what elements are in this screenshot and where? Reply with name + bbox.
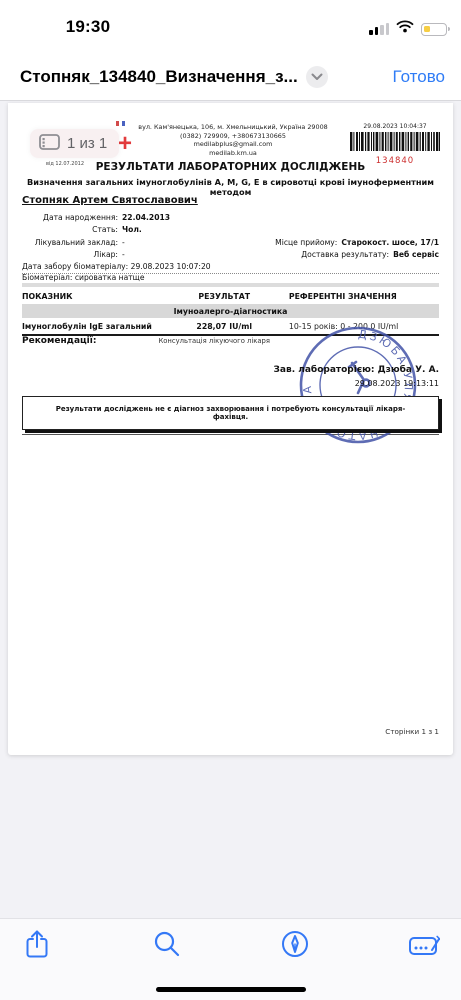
bottom-toolbar	[0, 918, 461, 1000]
share-icon	[24, 929, 50, 964]
barcode	[350, 136, 440, 155]
info-value: 22.04.2013	[122, 213, 170, 222]
separator-band	[22, 283, 439, 287]
disclaimer-box: Результати досліджень не є діагноз захво…	[22, 396, 439, 430]
biomaterial-line: Біоматеріал: сироватка натще	[22, 273, 439, 282]
patient-name: Стопняк Артем Святославович	[22, 195, 198, 206]
info-label: Лікар:	[22, 250, 118, 259]
info-value: Старокост. шосе, 17/1	[341, 238, 439, 247]
indicator-cell: Імуноглобулін IgE загальний	[22, 322, 160, 331]
home-indicator[interactable]	[156, 987, 306, 992]
table-section-row: Імуноалерго-діагностика	[22, 304, 439, 318]
info-row: Стать: Чол.	[22, 224, 439, 237]
battery-icon	[421, 23, 447, 36]
info-value: Веб сервіс	[393, 250, 439, 259]
recommendations-value: Консультація лікуючого лікаря	[158, 337, 269, 346]
logo-date: від 12.07.2012	[46, 161, 84, 167]
nav-bar: Стопняк_134840_Визначення_з... Готово	[0, 54, 461, 101]
signatory-line: Зав. лабораторією: Дзюба У. А.	[274, 365, 439, 375]
info-row: Лікувальний заклад: - Місце прийому: Ста…	[22, 236, 439, 249]
address-line: вул. Кам'янецька, 106, м. Хмельницький, …	[118, 123, 348, 132]
address-line: (0382) 729909, +380673130665	[118, 132, 348, 141]
recommendations-label: Рекомендації:	[22, 336, 96, 346]
info-value: -	[122, 238, 125, 247]
info-label: Місце прийому:	[275, 238, 337, 247]
chevron-down-icon	[311, 68, 323, 86]
done-button[interactable]: Готово	[393, 67, 446, 87]
signature-field-icon	[408, 930, 440, 963]
status-bar: 19:30	[0, 0, 461, 54]
recommendations: Рекомендації: Консультація лікуючого лік…	[22, 336, 270, 346]
signature-button[interactable]	[409, 931, 439, 961]
clock: 19:30	[58, 17, 118, 37]
table-header-row: ПОКАЗНИК РЕЗУЛЬТАТ РЕФЕРЕНТНІ ЗНАЧЕННЯ	[22, 289, 439, 304]
wifi-icon	[396, 20, 414, 38]
logo-fragments	[116, 121, 125, 126]
logo-plus-mark: +	[118, 130, 132, 158]
share-button[interactable]	[22, 931, 52, 961]
document-page[interactable]: 1 из 1 + від 12.07.2012 вул. Кам'янецька…	[8, 103, 453, 755]
info-label: Лікувальний заклад:	[22, 238, 118, 247]
address-line: medilabplus@gmail.com	[118, 140, 348, 149]
document-title: Стопняк_134840_Визначення_з...	[20, 67, 298, 87]
markup-button[interactable]	[280, 931, 310, 961]
page-indicator-label: 1 из 1	[67, 135, 107, 152]
markup-pen-icon	[281, 930, 309, 963]
address-line: medilab.km.ua	[118, 149, 348, 158]
info-value: Чол.	[122, 225, 142, 234]
signature-datetime: 29.08.2023 19:13:11	[355, 379, 439, 388]
search-icon	[153, 930, 180, 962]
report-subtitle: Визначення загальних імуноглобулінів A, …	[8, 177, 453, 197]
info-row: Лікар: - Доставка результату: Веб сервіс	[22, 249, 439, 262]
info-label: Доставка результату:	[301, 250, 389, 259]
result-cell: 228,07 IU/ml	[160, 322, 289, 331]
info-label: Дата народження:	[22, 213, 118, 222]
info-value: -	[122, 250, 125, 259]
info-label: Стать:	[22, 225, 118, 234]
col-header: РЕФЕРЕНТНІ ЗНАЧЕННЯ	[289, 292, 439, 301]
title-menu-button[interactable]	[306, 66, 328, 88]
patient-info: Дата народження: 22.04.2013 Стать: Чол. …	[22, 211, 439, 261]
cellular-signal-icon	[369, 23, 389, 35]
thumbnails-icon	[39, 134, 60, 154]
search-button[interactable]	[151, 931, 181, 961]
barcode-block: 29.08.2023 10:04:37 134840	[349, 123, 441, 166]
page-count-footer: Сторінки 1 з 1	[385, 727, 439, 736]
info-row: Дата народження: 22.04.2013	[22, 211, 439, 224]
lab-address-block: вул. Кам'янецька, 106, м. Хмельницький, …	[118, 123, 348, 157]
page-indicator-pill[interactable]: 1 из 1	[30, 129, 119, 158]
print-datetime: 29.08.2023 10:04:37	[349, 123, 441, 130]
col-header: РЕЗУЛЬТАТ	[160, 292, 289, 301]
col-header: ПОКАЗНИК	[22, 292, 160, 301]
